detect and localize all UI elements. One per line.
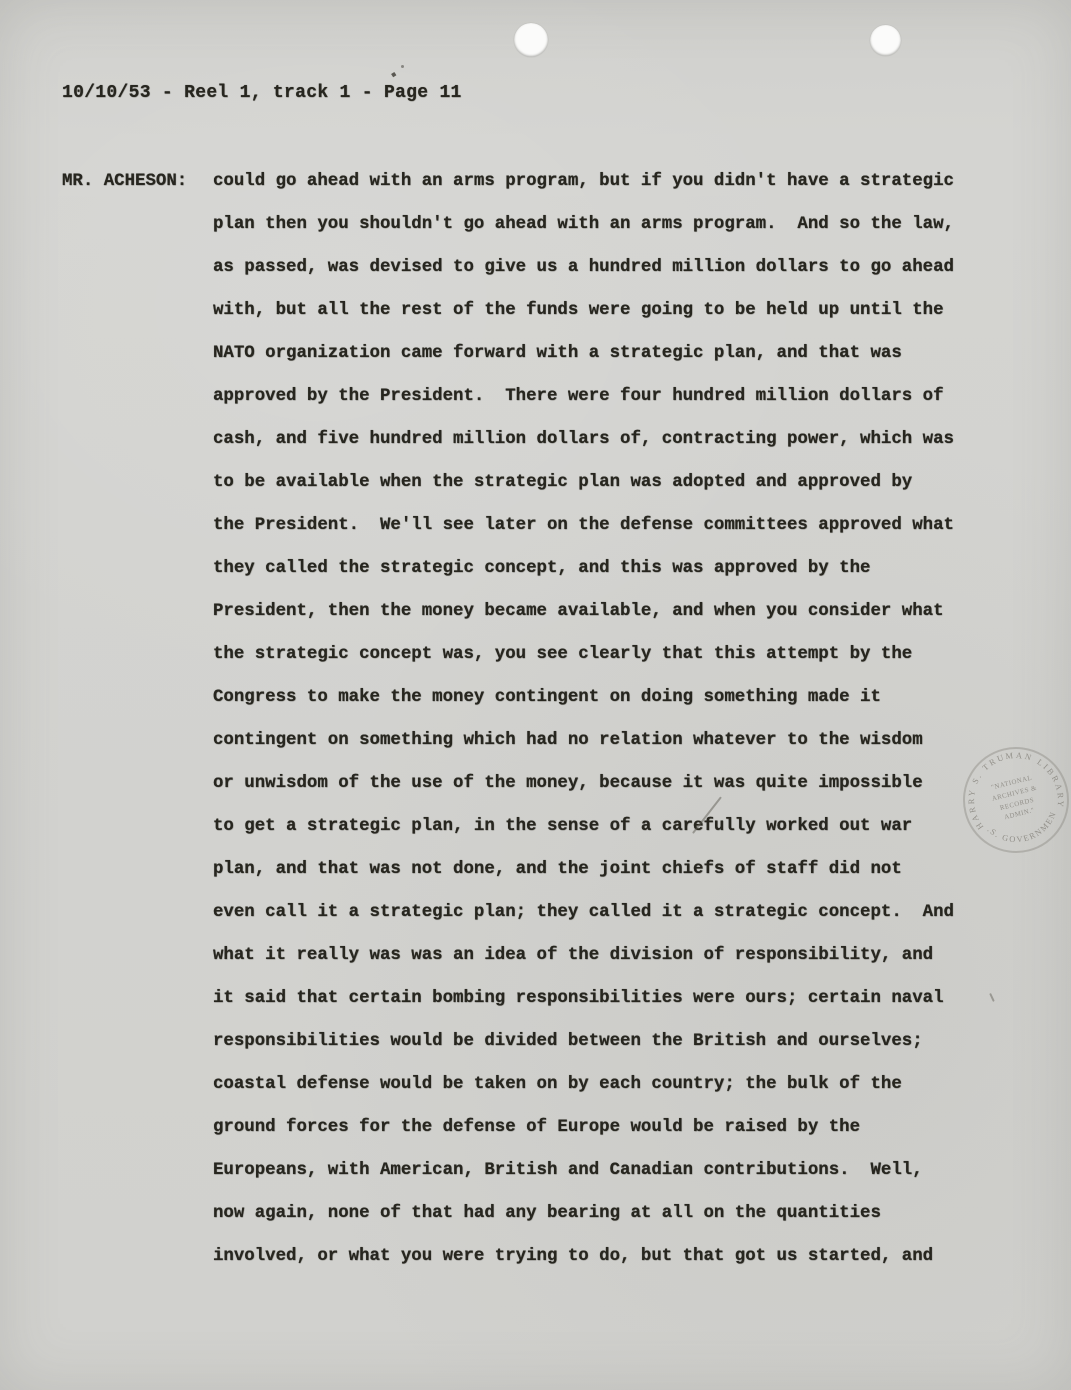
transcript-line: ground forces for the defense of Europe …	[62, 1106, 1002, 1149]
transcript-line: plan then you shouldn't go ahead with an…	[62, 203, 1002, 246]
annotation-mark: ◆	[390, 70, 397, 81]
archive-stamp-icon: HARRY S. TRUMAN LIBRARY U.S. GOVERNMENT …	[956, 740, 1071, 860]
hole-punch-right-icon	[870, 25, 901, 56]
transcript-line: Congress to make the money contingent on…	[62, 676, 1002, 719]
transcript-line: it said that certain bombing responsibil…	[62, 977, 1002, 1020]
transcript-line: now again, none of that had any bearing …	[62, 1192, 1002, 1235]
transcript-line: as passed, was devised to give us a hund…	[62, 246, 1002, 289]
transcript-line: President, then the money became availab…	[62, 590, 1002, 633]
transcript-line: what it really was was an idea of the di…	[62, 934, 1002, 977]
transcript-line: even call it a strategic plan; they call…	[62, 891, 1002, 934]
transcript-line: the President. We'll see later on the de…	[62, 504, 1002, 547]
transcript-line: or unwisdom of the use of the money, bec…	[62, 762, 1002, 805]
transcript-line: cash, and five hundred million dollars o…	[62, 418, 1002, 461]
transcript: MR. ACHESON: could go ahead with an arms…	[62, 160, 1002, 1278]
transcript-line: contingent on something which had no rel…	[62, 719, 1002, 762]
hole-punch-left-icon	[514, 23, 548, 57]
document-page: 10/10/53 - Reel 1, track 1 - Page 11 ◆ M…	[0, 0, 1071, 1390]
transcript-line: coastal defense would be taken on by eac…	[62, 1063, 1002, 1106]
transcript-line: they called the strategic concept, and t…	[62, 547, 1002, 590]
transcript-line: to get a strategic plan, in the sense of…	[62, 805, 1002, 848]
transcript-line: the strategic concept was, you see clear…	[62, 633, 1002, 676]
transcript-line: to be available when the strategic plan …	[62, 461, 1002, 504]
speaker-label: MR. ACHESON:	[62, 160, 187, 203]
annotation-dot	[401, 65, 404, 68]
transcript-line: responsibilities would be divided betwee…	[62, 1020, 1002, 1063]
transcript-line: Europeans, with American, British and Ca…	[62, 1149, 1002, 1192]
transcript-line: approved by the President. There were fo…	[62, 375, 1002, 418]
transcript-line: NATO organization came forward with a st…	[62, 332, 1002, 375]
transcript-line: involved, or what you were trying to do,…	[62, 1235, 1002, 1278]
transcript-line: could go ahead with an arms program, but…	[62, 160, 1002, 203]
page-header: 10/10/53 - Reel 1, track 1 - Page 11	[62, 84, 462, 102]
transcript-line: plan, and that was not done, and the joi…	[62, 848, 1002, 891]
transcript-line: with, but all the rest of the funds were…	[62, 289, 1002, 332]
